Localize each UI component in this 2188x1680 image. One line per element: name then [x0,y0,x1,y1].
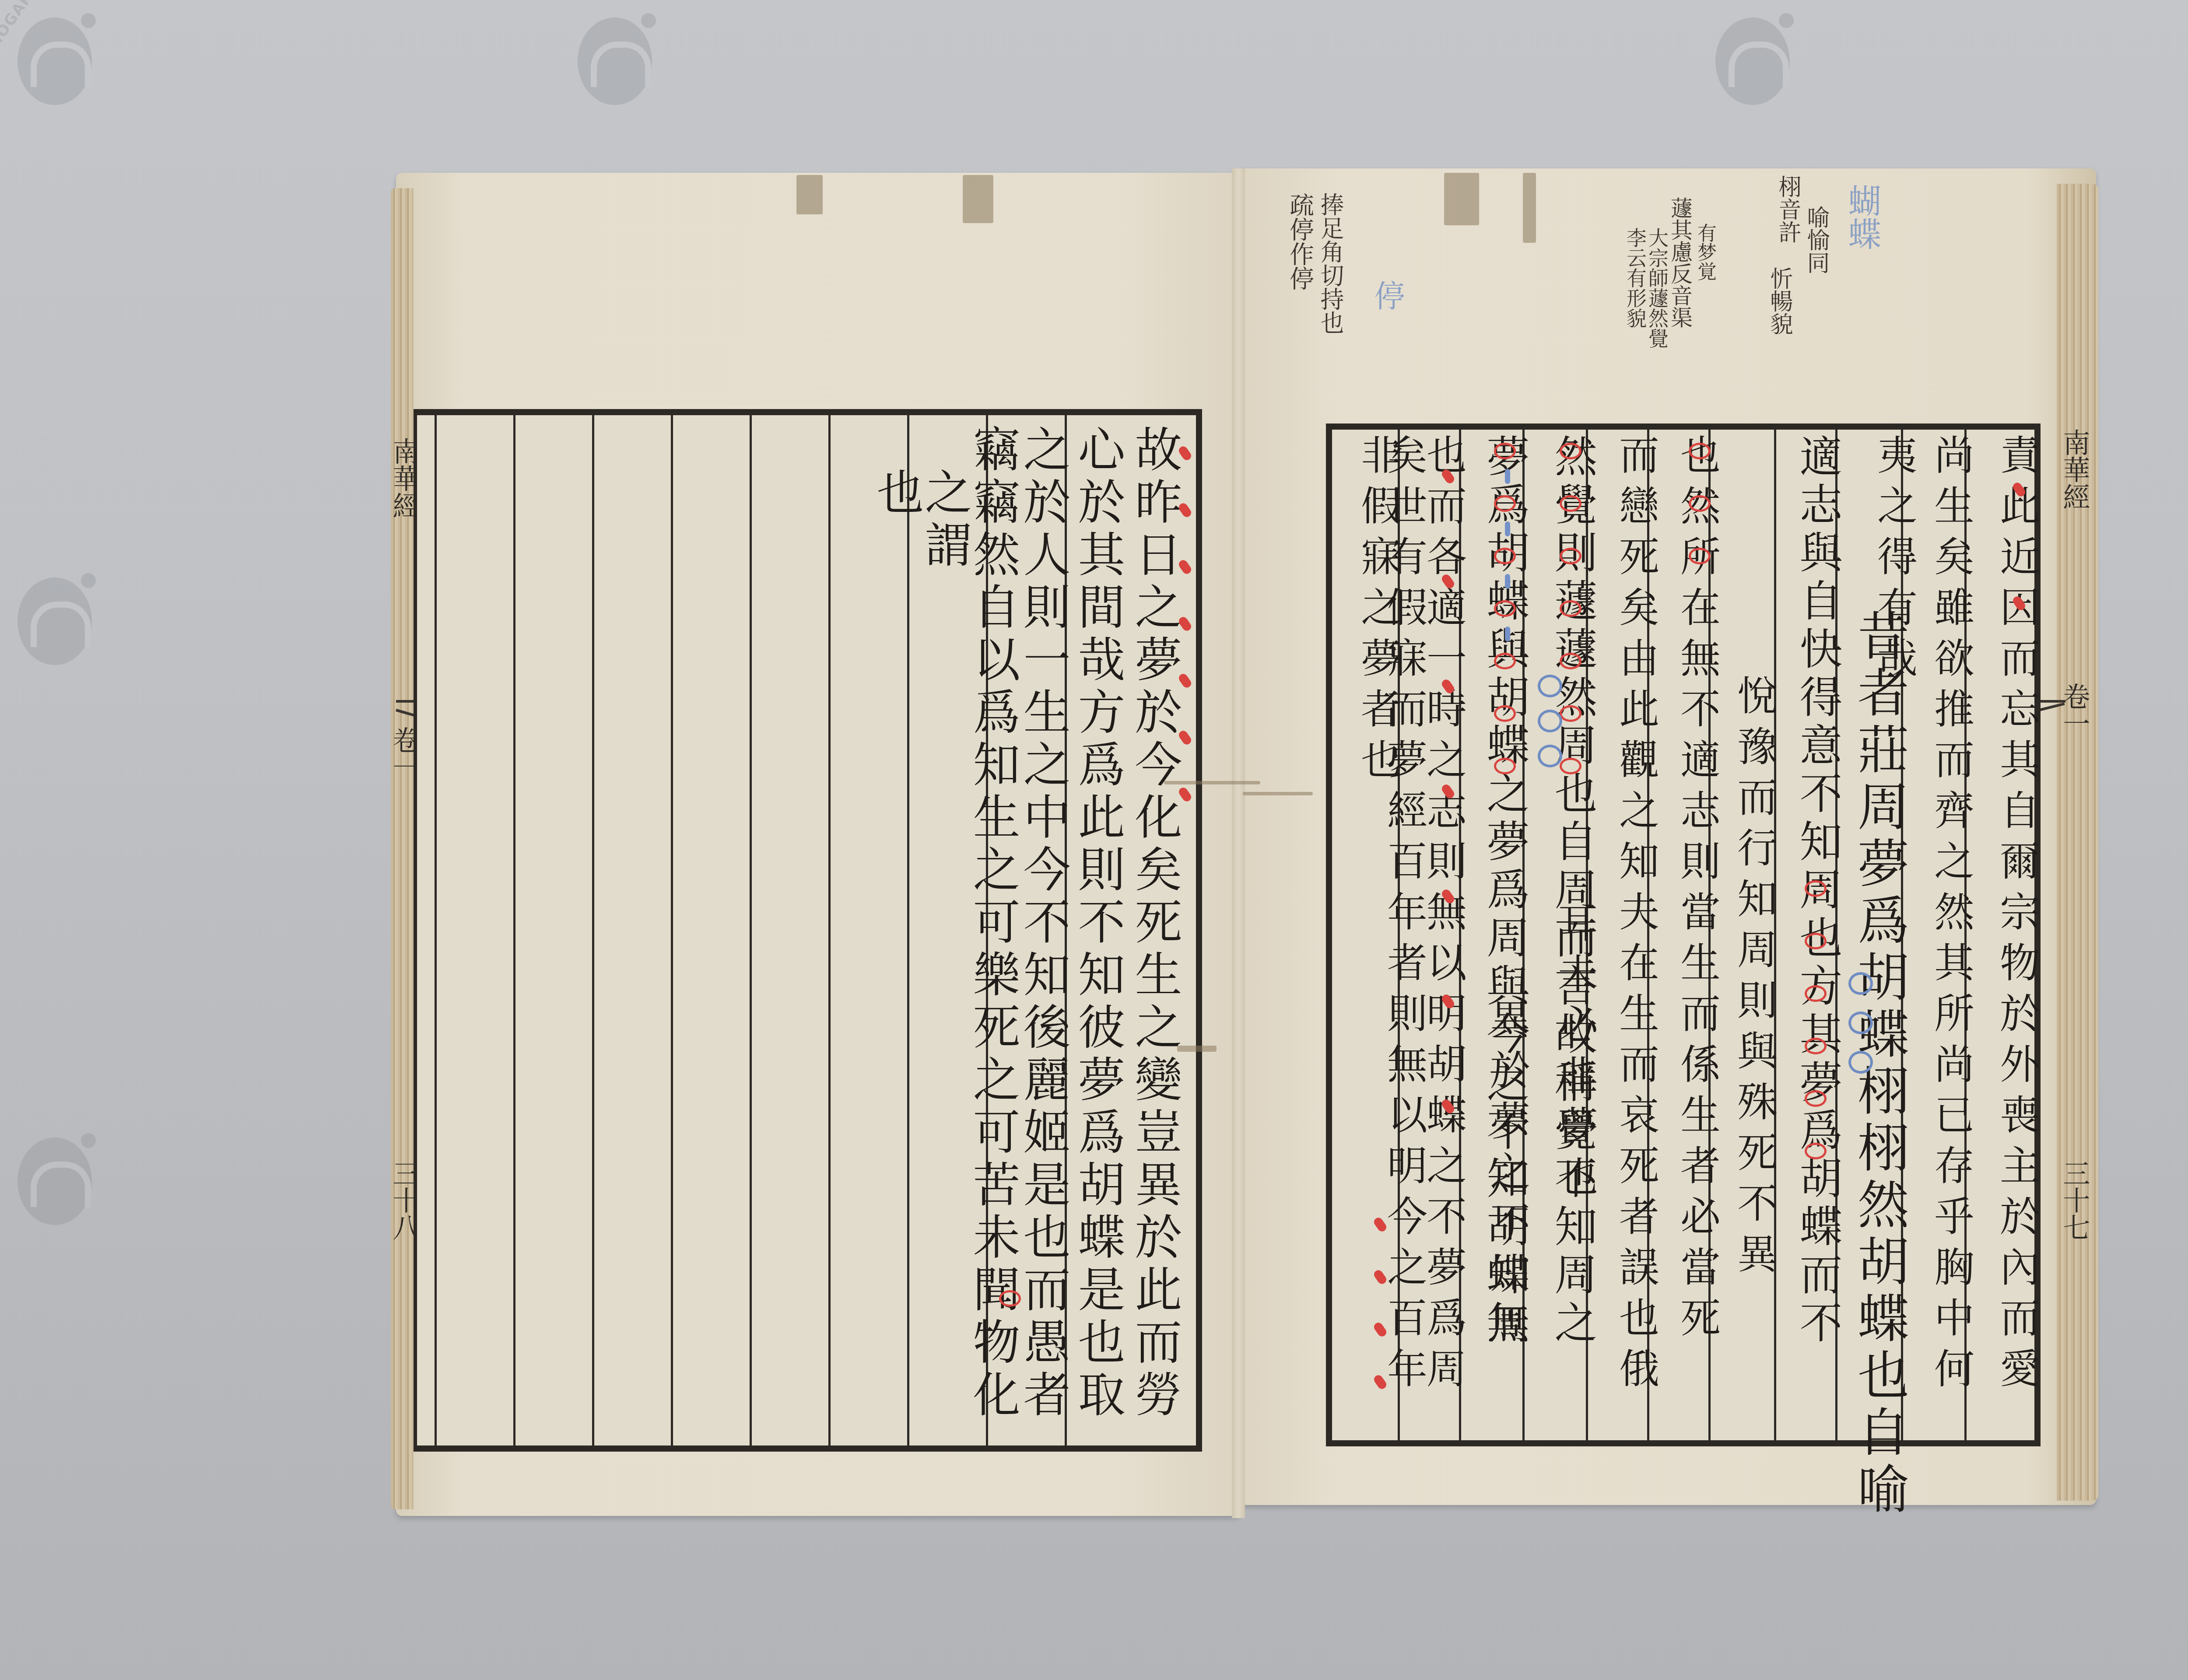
right-edge-title: 南華經 [2060,429,2088,510]
main-text-column: 然覺則蘧蘧然周也自周而言故稱覺不知周之 [1546,434,1598,1348]
red-circle-mark [1494,705,1516,722]
red-circle-mark [1689,443,1711,459]
text-column: 也 [868,468,924,520]
right-edge-volume: 卷一 [2060,682,2088,737]
red-circle-mark [1805,1038,1827,1054]
red-circle-mark [1494,443,1516,459]
margin-note: 有梦覚 [1694,223,1716,281]
blue-punctuation-mark [1505,574,1510,589]
margin-note: 大宗師蘧然覺 [1645,227,1669,348]
red-circle-mark [1560,653,1581,669]
column-rule [592,415,594,1445]
blue-punctuation-mark [1505,626,1510,641]
blue-circle-mark [1848,1051,1873,1074]
left-text-frame: 故昨日之夢於今化矣死生之變豈異於此而勞 心於其間哉方爲此則不知彼夢爲胡蝶是也取 … [414,409,1202,1452]
commentary-column: 耳未必非夢也 [1546,902,1602,1207]
text-column: 竊竊然自以爲知生之可樂死之可苦未聞物化 [964,425,1020,1422]
margin-note: 蝴蝶 [1838,184,1886,250]
paper-damage [963,175,993,223]
text-column: 心於其間哉方爲此則不知彼夢爲胡蝶是也取 [1069,425,1125,1422]
red-circle-mark [1560,495,1581,512]
book-gutter [1232,168,1245,1518]
commentary-column: 非假寐之夢者也 [1350,434,1406,789]
margin-note: 蘧其慮反音渠 [1667,197,1693,328]
column-rule [828,415,831,1445]
watermark-logo [1698,0,1803,118]
right-fore-edge: 南華經 卷一 三十七 [2057,184,2098,1501]
red-circle-mark [1560,705,1581,722]
column-rule [513,415,515,1445]
paper-damage [1523,173,1536,243]
red-circle-mark [1494,653,1516,669]
watermark-logo [560,0,665,118]
blue-circle-mark [1538,675,1562,697]
commentary-column: 異於夢之不知周 [1479,998,1535,1354]
red-circle-mark [1805,1090,1827,1107]
red-circle-mark [1494,600,1516,617]
text-column: 之謂 [916,468,972,573]
blue-circle-mark [1848,972,1873,995]
red-circle-mark [1560,548,1581,564]
blue-circle-mark [1538,710,1562,732]
red-circle-mark [1494,495,1516,512]
red-circle-mark [999,1290,1021,1307]
blue-circle-mark [1848,1011,1873,1034]
red-circle-mark [1805,880,1827,897]
commentary-column: 責此近因而忘其自爾宗物於外喪主於內而愛 [1988,434,2044,1398]
red-circle-mark [1560,600,1581,617]
paper-damage [796,175,823,214]
column-rule [750,415,752,1445]
right-edge-page: 三十七 [2060,1159,2088,1241]
margin-note: 停 [1365,280,1410,311]
commentary-column: 尚生矣雖欲推而齊之然其所尚已存乎胸中何 [1923,434,1979,1398]
watermark-logo: NISHOGAKUSHA [0,0,105,118]
red-circle-mark [1560,443,1581,459]
margin-note: 疏停作停 [1287,192,1313,290]
margin-note: 捧足角切持也 [1317,192,1343,334]
red-circle-mark [1689,495,1711,512]
column-rule [671,415,673,1445]
commentary-column: 悅豫而行知周則與殊死不異 [1726,675,1782,1284]
blue-punctuation-mark [1505,521,1510,536]
watermark-logo [0,1120,105,1238]
red-circle-mark [1494,758,1516,774]
left-fore-edge: 南華經 卷一 三十八 [391,188,414,1509]
margin-note: 喻愉同 [1803,206,1829,274]
paper-damage [1164,781,1260,784]
blue-punctuation-mark [1505,469,1510,484]
red-circle-mark [1805,1143,1827,1159]
commentary-column: 也然所在無不適志則當生而係生者必當死 [1669,434,1725,1347]
watermark-logo [0,560,105,678]
red-circle-mark [1560,758,1581,774]
red-circle-mark [1805,985,1827,1002]
column-rule [907,415,909,1445]
margin-note: 李云有形貌 [1623,227,1647,328]
red-circle-mark [1689,548,1711,564]
text-column: 故昨日之夢於今化矣死生之變豈異於此而勞 [1126,425,1182,1422]
commentary-column: 而戀死矣由此觀之知夫在生而哀死者誤也俄 [1608,434,1664,1398]
paper-damage [1444,173,1479,225]
text-column: 之於人則一生之中今不知後麗姬是也而愚者 [1014,425,1070,1422]
paper-damage [1243,792,1313,795]
red-circle-mark [1494,548,1516,564]
column-rule [435,415,437,1445]
blue-circle-mark [1538,745,1562,767]
red-circle-mark [1805,933,1827,949]
right-text-frame: 責此近因而忘其自爾宗物於外喪主於內而愛 尚生矣雖欲推而齊之然其所尚已存乎胸中何 … [1326,423,2041,1446]
margin-note: 忻暢貌 [1766,267,1793,335]
paper-damage [1177,1046,1217,1052]
